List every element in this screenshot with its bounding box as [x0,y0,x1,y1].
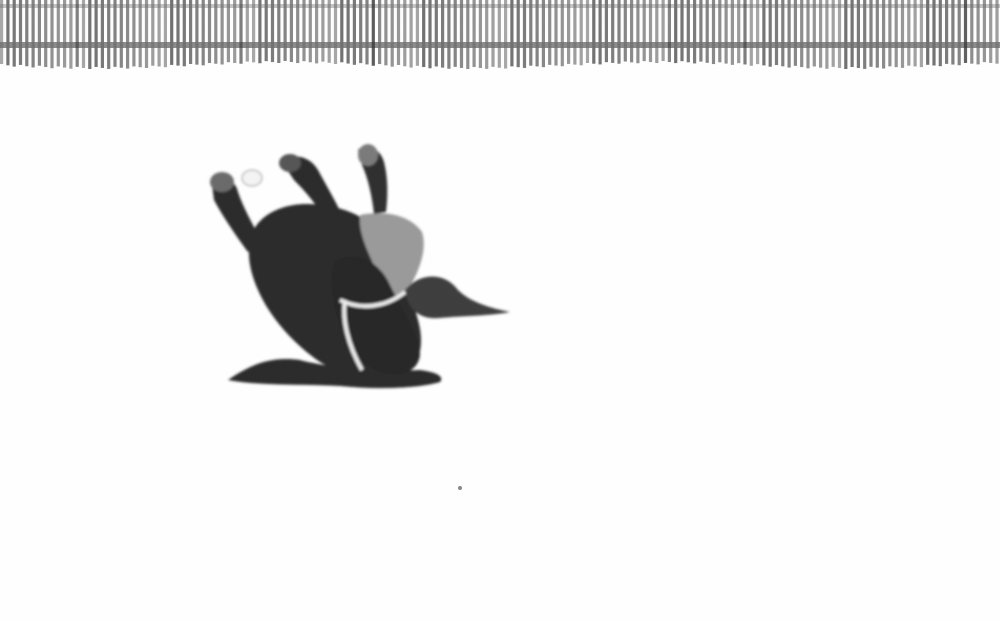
photo-scene [0,0,1000,620]
film-grain [0,0,1000,620]
